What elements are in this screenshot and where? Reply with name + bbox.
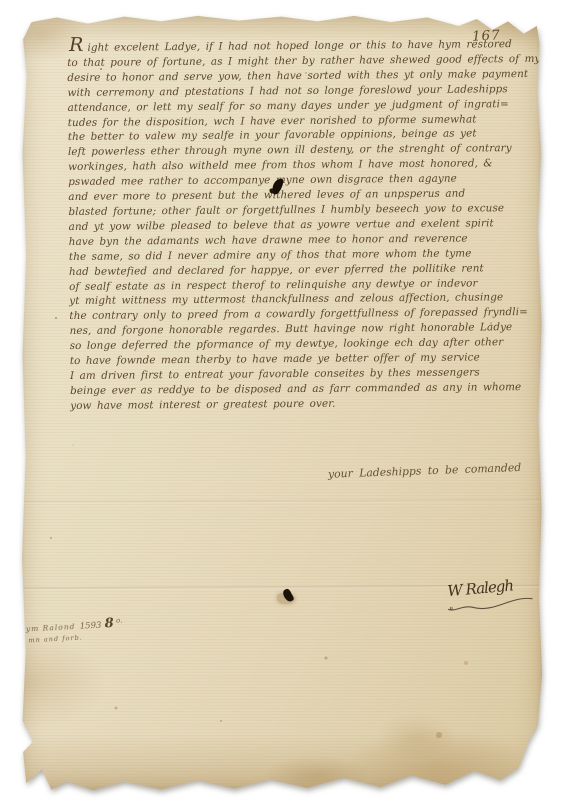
paper-sheet: 167 Right excelent Ladye, if I had not h… (20, 12, 542, 791)
fold-crease-upper (20, 499, 542, 504)
archival-annotation: ym Ralond 1593 8 o. mn and forb. (25, 615, 123, 644)
photo-background: 167 Right excelent Ladye, if I had not h… (0, 0, 564, 800)
letter-body: Right excelent Ladye, if I had not hoped… (67, 36, 536, 414)
closing-line: your Ladeshipps to be comanded (328, 460, 538, 480)
annotation-suffix: o. (116, 616, 123, 624)
letter-line: yow have most interest or greatest poure… (70, 395, 536, 414)
foxing-specks (20, 12, 22, 14)
signature: W Ralegh (447, 574, 545, 616)
opening-text: ight excelent Ladye, if I had not hoped … (87, 38, 512, 54)
letter-lines: to that poure of fortune, as I might the… (67, 52, 536, 414)
annotation-scribble: ym Ralond (26, 622, 76, 634)
manuscript-paper: 167 Right excelent Ladye, if I had not h… (20, 12, 542, 791)
annotation-numeral: 8 (104, 616, 114, 631)
opening-initial: R (69, 34, 84, 56)
paper-hole-mark (277, 588, 299, 605)
annotation-year: 1593 (80, 621, 102, 632)
